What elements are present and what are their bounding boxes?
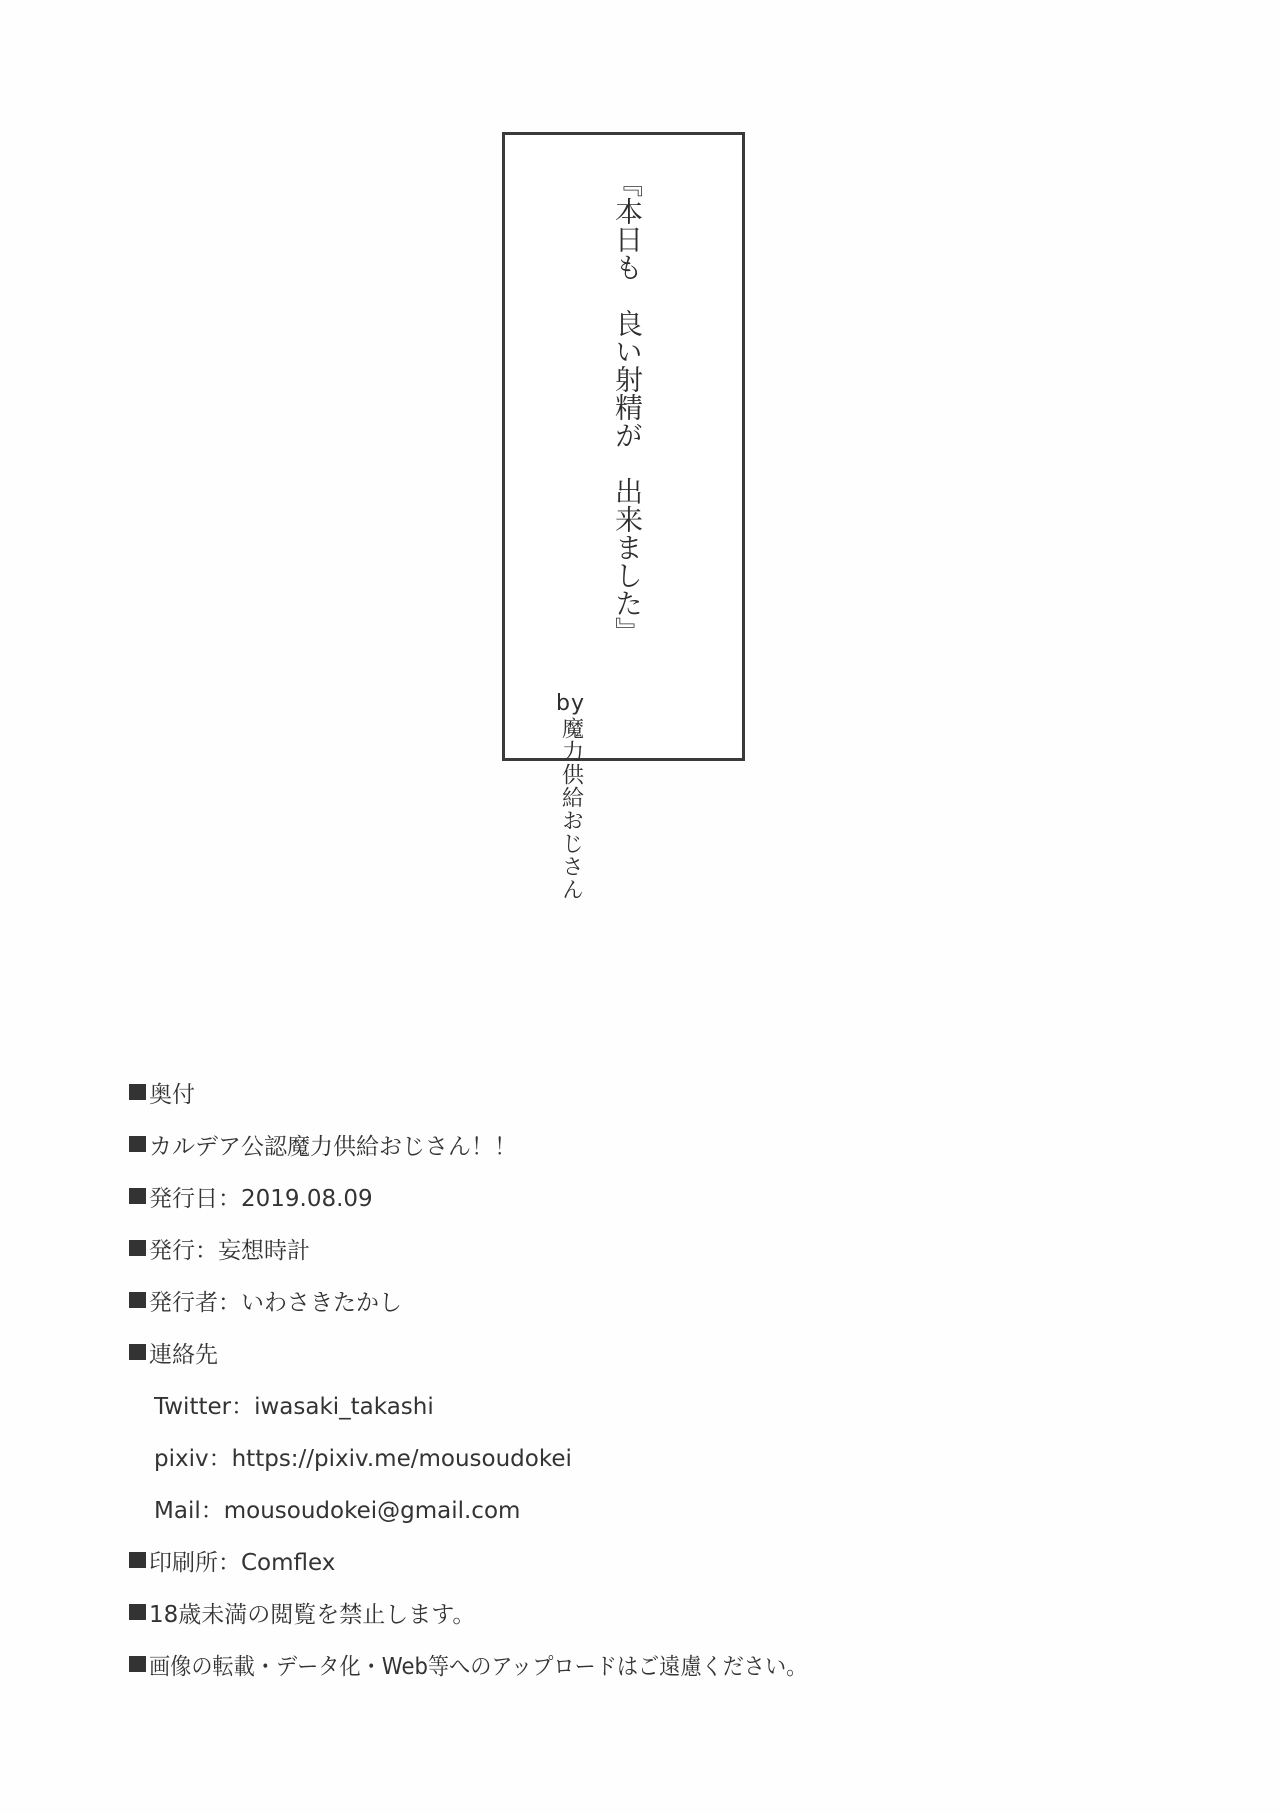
printer-line: 印刷所：Comflex xyxy=(129,1534,1129,1586)
colophon-page: 『本日も 良い射精が 出来ました』 by魔力供給おじさん 奥付 カルデア公認魔力… xyxy=(0,0,1280,1814)
publisher-line: 発行：妄想時計 xyxy=(129,1222,1129,1274)
no-reupload-text: 画像の転載・データ化・Web等へのアップロードはご遠慮ください。 xyxy=(149,1648,807,1681)
black-square-icon xyxy=(129,1552,146,1568)
colophon-heading-text: 奥付 xyxy=(149,1076,195,1109)
publisher-text: 発行：妄想時計 xyxy=(149,1232,310,1265)
vertical-title: 『本日も 良い射精が 出来ました』 xyxy=(613,169,641,645)
black-square-icon xyxy=(129,1656,146,1672)
contact-mail-line: Mail：mousoudokei@gmail.com xyxy=(129,1482,1129,1534)
publish-date-line: 発行日：2019.08.09 xyxy=(129,1170,1129,1222)
vertical-author: by魔力供給おじさん xyxy=(534,537,607,901)
book-title-line: カルデア公認魔力供給おじさん！！ xyxy=(129,1118,1129,1170)
contact-twitter-text: Twitter：iwasaki_takashi xyxy=(154,1388,434,1421)
title-frame: 『本日も 良い射精が 出来ました』 by魔力供給おじさん xyxy=(502,132,745,761)
publish-date-text: 発行日：2019.08.09 xyxy=(149,1180,373,1213)
contact-twitter-line: Twitter：iwasaki_takashi xyxy=(129,1378,1129,1430)
author-prefix: by xyxy=(556,693,585,715)
author-name: 魔力供給おじさん xyxy=(558,717,583,901)
black-square-icon xyxy=(129,1604,146,1620)
black-square-icon xyxy=(129,1344,146,1360)
age-restriction-text: 18歳未満の閲覧を禁止します。 xyxy=(149,1596,475,1629)
issuer-text: 発行者：いわさきたかし xyxy=(149,1284,402,1317)
age-restriction-line: 18歳未満の閲覧を禁止します。 xyxy=(129,1586,1129,1638)
no-reupload-line: 画像の転載・データ化・Web等へのアップロードはご遠慮ください。 xyxy=(129,1638,1129,1690)
black-square-icon xyxy=(129,1240,146,1256)
book-title-text: カルデア公認魔力供給おじさん！！ xyxy=(149,1128,517,1161)
contact-pixiv-text: pixiv：https://pixiv.me/mousoudokei xyxy=(154,1440,572,1473)
issuer-line: 発行者：いわさきたかし xyxy=(129,1274,1129,1326)
black-square-icon xyxy=(129,1188,146,1204)
contact-heading-line: 連絡先 xyxy=(129,1326,1129,1378)
contact-pixiv-line: pixiv：https://pixiv.me/mousoudokei xyxy=(129,1430,1129,1482)
black-square-icon xyxy=(129,1292,146,1308)
printer-text: 印刷所：Comflex xyxy=(149,1544,335,1577)
colophon-block: 奥付 カルデア公認魔力供給おじさん！！ 発行日：2019.08.09 発行：妄想… xyxy=(129,1066,1129,1690)
contact-mail-text: Mail：mousoudokei@gmail.com xyxy=(154,1492,520,1525)
contact-heading-text: 連絡先 xyxy=(149,1336,218,1369)
colophon-heading: 奥付 xyxy=(129,1066,1129,1118)
black-square-icon xyxy=(129,1136,146,1152)
black-square-icon xyxy=(129,1084,146,1100)
